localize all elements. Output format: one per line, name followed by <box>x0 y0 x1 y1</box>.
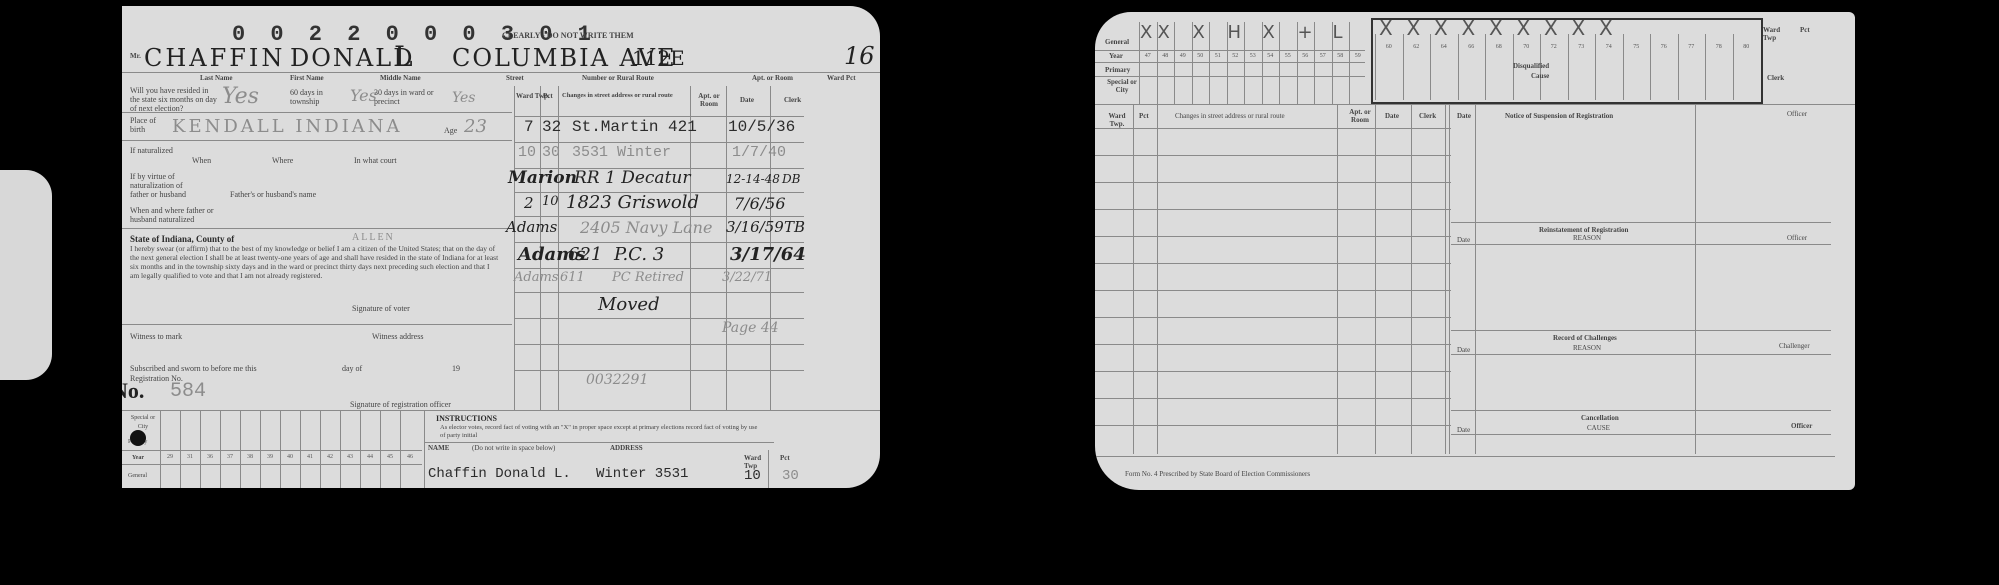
street-label: Street <box>506 74 524 82</box>
residency-ward-answer: Yes <box>452 90 476 106</box>
grid-year-cell: 54 <box>1262 53 1280 59</box>
grid-year-cell: 72 <box>1540 44 1568 50</box>
instructions-address-value: Winter 3531 <box>596 466 688 482</box>
col-address: Changes in street address or rural route <box>562 92 673 100</box>
back-col-date: Date <box>1385 112 1399 120</box>
grid-year-cell: 66 <box>1458 44 1486 50</box>
table-row <box>1095 290 1451 291</box>
day-of-label: day of <box>342 364 362 373</box>
cancellation-title: Cancellation <box>1581 414 1619 422</box>
grid-year-cell: 59 <box>1349 53 1367 59</box>
grid-year-cell: 40 <box>280 454 300 460</box>
vote-mark: X <box>1489 16 1503 40</box>
grid-label-special: Special or City <box>128 414 158 432</box>
grid-year-cell: 39 <box>260 454 280 460</box>
grid-year-cell: 51 <box>1209 53 1227 59</box>
grid-year-cell: 45 <box>380 454 400 460</box>
middle-name-label: Middle Name <box>380 74 421 82</box>
vote-mark: X <box>1158 22 1170 43</box>
witness-address-label: Witness address <box>372 332 423 341</box>
grid-year-cell: 29 <box>160 454 180 460</box>
grid-divider <box>220 410 221 488</box>
grid-year-cell: 64 <box>1430 44 1458 50</box>
grid-label-general: General <box>128 472 147 481</box>
reinstatement-reason-label: REASON <box>1573 234 1601 242</box>
grid-divider <box>1349 22 1350 104</box>
back-col-ward: Ward Twp. <box>1105 112 1129 128</box>
vote-mark: X <box>1193 22 1205 43</box>
witness-label: Witness to mark <box>130 332 182 341</box>
grid-year-cell: 43 <box>340 454 360 460</box>
oath-text: I hereby swear (or affirm) that to the b… <box>130 244 500 280</box>
grid-year-cell: 80 <box>1733 44 1761 50</box>
naturalization-virtue-label: If by virtue of naturalization of father… <box>130 172 200 199</box>
cause-label: Cause <box>1531 72 1549 80</box>
grid-year-cell: 36 <box>200 454 220 460</box>
residency-township-question: 60 days in township <box>290 88 350 106</box>
back-grid-label-year: Year <box>1109 52 1123 60</box>
number-label: Number or Rural Route <box>582 74 654 82</box>
grid-year-cell: 49 <box>1174 53 1192 59</box>
reinstatement-officer-label: Officer <box>1787 234 1807 242</box>
grid-divider <box>1279 22 1280 104</box>
grid-divider <box>340 410 341 488</box>
challenges-reason-label: REASON <box>1573 344 1601 352</box>
grid-year-cell: 50 <box>1192 53 1210 59</box>
form-footer: Form No. 4 Prescribed by State Board of … <box>1125 470 1310 478</box>
grid-year-cell: 76 <box>1650 44 1678 50</box>
grid-year-cell: 53 <box>1244 53 1262 59</box>
instructions-address-label: ADDRESS <box>610 444 643 452</box>
instructions-text: As elector votes, record fact of voting … <box>440 424 760 439</box>
table-row <box>1095 398 1451 399</box>
instructions-pct-value: 30 <box>782 468 799 484</box>
naturalized-label: If naturalized <box>130 146 180 155</box>
grid-divider <box>200 410 201 488</box>
table-row <box>1095 344 1451 345</box>
grid-year-cell: 38 <box>240 454 260 460</box>
vote-mark: L <box>1333 22 1343 43</box>
subscribed-label: Subscribed and sworn to before me this <box>130 364 257 373</box>
grid-year-cell: 57 <box>1314 53 1332 59</box>
birth-label: Place of birth <box>130 116 170 134</box>
col-clerk: Clerk <box>784 96 801 104</box>
back-col-apt: Apt. or Room <box>1345 108 1375 124</box>
disqualified-label: Disqualified <box>1513 62 1549 70</box>
cancellation-officer-label: Officer <box>1791 422 1812 430</box>
back-ward-label: Ward Twp <box>1763 26 1783 42</box>
grid-divider <box>1209 22 1210 104</box>
col-apt: Apt. or Room <box>694 92 724 108</box>
challenges-challenger-label: Challenger <box>1779 342 1810 350</box>
grid-year-cell: 78 <box>1705 44 1733 50</box>
instructions-pct-label: Pct <box>780 454 790 462</box>
grid-year-cell: 70 <box>1513 44 1541 50</box>
naturalized-court: In what court <box>354 156 397 165</box>
table-row <box>1095 128 1451 129</box>
grid-divider <box>400 410 401 488</box>
vote-mark: X <box>1517 16 1531 40</box>
scanner-edge-artifact <box>0 170 52 380</box>
col-date: Date <box>740 96 754 104</box>
oath-heading: State of Indiana, County of <box>130 234 234 244</box>
residency-state-question: Will you have resided in the state six m… <box>130 86 220 113</box>
registration-no-prefix: No. <box>122 378 144 404</box>
vote-mark: X <box>1544 16 1558 40</box>
grid-year-cell: 77 <box>1678 44 1706 50</box>
grid-divider <box>380 410 381 488</box>
grid-year-cell: 44 <box>360 454 380 460</box>
grid-divider <box>1314 22 1315 104</box>
grid-year-cell: 56 <box>1297 53 1315 59</box>
grid-year-cell: 60 <box>1375 44 1403 50</box>
vote-mark: + <box>1298 22 1313 43</box>
residency-state-answer: Yes <box>222 84 259 109</box>
grid-year-cell: 46 <box>400 454 420 460</box>
challenges-title: Record of Challenges <box>1553 334 1617 342</box>
ward-pct-label: Ward Pct <box>827 74 856 82</box>
suspension-title: Notice of Suspension of Registration <box>1505 112 1613 120</box>
middle-name: L <box>394 40 413 73</box>
back-clerk-label: Clerk <box>1767 74 1784 82</box>
birth-place: KENDALL INDIANA <box>172 116 403 137</box>
grid-year-cell: 55 <box>1279 53 1297 59</box>
back-grid-label-primary: Primary <box>1105 66 1130 74</box>
table-row <box>1095 209 1451 210</box>
challenges-date-label: Date <box>1457 346 1470 354</box>
apt-label: Apt. or Room <box>752 74 793 82</box>
registration-card-front: 0 0 2 2 0 0 0 3 0 1 CLEARLY - DO NOT WRI… <box>122 6 880 488</box>
instructions-ward-value: 10 <box>744 468 761 484</box>
grid-year-cell: 41 <box>300 454 320 460</box>
back-col-address: Changes in street address or rural route <box>1175 112 1285 120</box>
street-number: 112E <box>632 46 685 70</box>
grid-divider <box>240 410 241 488</box>
father-naturalized-label: When and where father or husband natural… <box>130 206 220 224</box>
ward-pct-value: 16 <box>844 42 875 70</box>
grid-year-cell: 58 <box>1332 53 1350 59</box>
vote-mark: X <box>1462 16 1476 40</box>
punch-hole <box>130 430 146 446</box>
table-row <box>1095 263 1451 264</box>
vote-mark: X <box>1599 16 1613 40</box>
header-note: CLEARLY - DO NOT WRITE THEM <box>502 32 634 40</box>
table-row <box>1095 425 1451 426</box>
first-name-label: First Name <box>290 74 324 82</box>
back-grid-label-special: Special or City <box>1105 78 1139 94</box>
grid-year-cell: 48 <box>1157 53 1175 59</box>
suspension-date-label: Date <box>1457 112 1471 120</box>
registration-card-back: General Year Primary Special or City 47X… <box>1095 12 1855 490</box>
instructions-heading: INSTRUCTIONS <box>436 414 497 423</box>
vote-mark: X <box>1434 16 1448 40</box>
last-name: CHAFFIN <box>144 44 285 72</box>
signature-voter-label: Signature of voter <box>352 304 410 313</box>
signature-officer-label: Signature of registration officer <box>350 400 451 409</box>
table-row <box>1095 317 1451 318</box>
grid-year-cell: 47 <box>1139 53 1157 59</box>
grid-divider <box>260 410 261 488</box>
naturalized-where: Where <box>272 156 293 165</box>
naturalized-when: When <box>192 156 211 165</box>
table-row <box>1095 371 1451 372</box>
grid-year-cell: 62 <box>1403 44 1431 50</box>
cancellation-date-label: Date <box>1457 426 1470 434</box>
vote-mark: X <box>1407 16 1421 40</box>
col-pct: Pct <box>543 92 553 100</box>
back-grid-label-general: General <box>1105 38 1129 46</box>
grid-divider <box>1244 22 1245 104</box>
instructions-name-label: NAME <box>428 444 449 452</box>
oath-county: ALLEN <box>352 232 395 243</box>
vote-mark: X <box>1572 16 1586 40</box>
grid-divider <box>300 410 301 488</box>
cancellation-cause-label: CAUSE <box>1587 424 1610 432</box>
grid-year-cell: 31 <box>180 454 200 460</box>
back-col-clerk: Clerk <box>1419 112 1436 120</box>
vote-mark: X <box>1140 22 1152 43</box>
last-name-label: Last Name <box>200 74 232 82</box>
grid-year-cell: 52 <box>1227 53 1245 59</box>
reinstatement-date-label: Date <box>1457 236 1470 244</box>
grid-divider <box>360 410 361 488</box>
father-name-label: Father's or husband's name <box>230 190 316 199</box>
instructions-name-value: Chaffin Donald L. <box>428 466 571 482</box>
grid-year-cell: 73 <box>1568 44 1596 50</box>
table-row <box>1095 182 1451 183</box>
reinstatement-title: Reinstatement of Registration <box>1539 226 1628 234</box>
instructions-name-note: (Do not write in space below) <box>472 444 555 452</box>
grid-year-cell: 74 <box>1595 44 1623 50</box>
suspension-officer-label: Officer <box>1787 110 1807 118</box>
back-pct-label: Pct <box>1800 26 1810 34</box>
age-value: 23 <box>464 116 487 137</box>
grid-year-cell: 37 <box>220 454 240 460</box>
grid-divider <box>280 410 281 488</box>
vote-mark: X <box>1379 16 1393 40</box>
grid-divider <box>160 410 161 488</box>
grid-year-cell: 75 <box>1623 44 1651 50</box>
registration-number: 584 <box>170 380 206 403</box>
grid-label-year: Year <box>132 454 144 463</box>
residency-ward-question: 30 days in ward or precinct <box>374 88 444 106</box>
grid-divider <box>180 410 181 488</box>
grid-year-cell: 68 <box>1485 44 1513 50</box>
back-col-pct: Pct <box>1139 112 1149 120</box>
year-prefix: 19 <box>452 364 460 373</box>
vote-mark: H <box>1228 22 1242 43</box>
grid-year-cell: 42 <box>320 454 340 460</box>
vote-mark: X <box>1263 22 1275 43</box>
table-row <box>1095 236 1451 237</box>
grid-divider <box>320 410 321 488</box>
residency-township-answer: Yes <box>350 86 377 105</box>
table-row <box>1095 155 1451 156</box>
grid-divider <box>1174 22 1175 104</box>
title-prefix: Mr. <box>130 52 141 60</box>
age-label: Age <box>444 126 457 135</box>
